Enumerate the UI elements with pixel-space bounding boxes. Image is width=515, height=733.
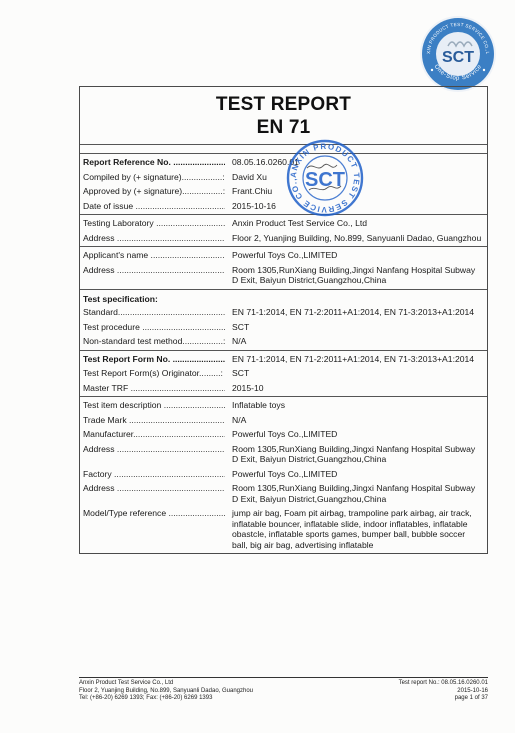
footer-company-info: Anxin Product Test Service Co., LtdFloor… <box>79 680 253 703</box>
field-row: Test procedure .........................… <box>80 320 487 335</box>
field-row: Address ................................… <box>80 481 487 506</box>
report-title-line2: EN 71 <box>80 116 487 139</box>
field-value: Powerful Toys Co.,LIMITED <box>225 429 487 440</box>
field-value: 08.05.16.0260.01 <box>225 157 487 168</box>
field-label: Address ................................… <box>80 265 225 286</box>
footer-line: Floor 2, Yuanjing Building, No.899, Sany… <box>79 688 253 696</box>
section-heading: Test specification: <box>80 291 487 306</box>
field-label: Trade Mark .............................… <box>80 415 225 426</box>
field-value: EN 71-1:2014, EN 71-2:2011+A1:2014, EN 7… <box>225 354 487 365</box>
field-row: Approved by (+ signature)...............… <box>80 184 487 199</box>
footer-line: page 1 of 37 <box>399 695 488 703</box>
field-value: Inflatable toys <box>225 400 487 411</box>
field-label: Applicant's name .......................… <box>80 250 225 261</box>
field-value: N/A <box>225 336 487 347</box>
field-label: Approved by (+ signature)...............… <box>80 186 225 197</box>
field-value: Frant.Chiu <box>225 186 487 197</box>
field-value: Room 1305,RunXiang Building,Jingxi Nanfa… <box>225 444 487 465</box>
field-value: Room 1305,RunXiang Building,Jingxi Nanfa… <box>225 265 487 286</box>
field-label: Test item description ..................… <box>80 400 225 411</box>
footer-line: Anxin Product Test Service Co., Ltd <box>79 680 253 688</box>
field-label: Non-standard test method................… <box>80 336 225 347</box>
report-section: Test Report Form No. ...................… <box>80 351 487 398</box>
field-row: Test item description ..................… <box>80 398 487 413</box>
field-label: Manufacturer............................… <box>80 429 225 440</box>
report-cover-table: TEST REPORT EN 71 Report Reference No. .… <box>79 86 488 554</box>
page-footer: Anxin Product Test Service Co., LtdFloor… <box>79 677 488 703</box>
field-label: Model/Type reference ...................… <box>80 508 225 550</box>
field-row: Factory ................................… <box>80 467 487 482</box>
field-label: Report Reference No. ...................… <box>80 157 225 168</box>
field-row: Address ................................… <box>80 442 487 467</box>
field-row: Applicant's name .......................… <box>80 248 487 263</box>
field-row: Model/Type reference ...................… <box>80 506 487 552</box>
field-value: jump air bag, Foam pit airbag, trampolin… <box>225 508 487 550</box>
report-title: TEST REPORT EN 71 <box>80 87 487 145</box>
footer-line: 2015-10-16 <box>399 688 488 696</box>
report-sections: Report Reference No. ...................… <box>80 154 487 553</box>
field-value: Powerful Toys Co.,LIMITED <box>225 250 487 261</box>
report-section: Test item description ..................… <box>80 397 487 553</box>
spacer-row <box>80 145 487 154</box>
field-label: Address ................................… <box>80 483 225 504</box>
field-label: Date of issue ..........................… <box>80 201 225 212</box>
field-label: Test Report Form No. ...................… <box>80 354 225 365</box>
field-row: Report Reference No. ...................… <box>80 155 487 170</box>
field-row: Address ................................… <box>80 263 487 288</box>
field-label: Standard................................… <box>80 307 225 318</box>
field-label: Testing Laboratory .....................… <box>80 218 225 229</box>
field-label: Test procedure .........................… <box>80 322 225 333</box>
field-value: SCT <box>225 368 487 379</box>
field-value: Powerful Toys Co.,LIMITED <box>225 469 487 480</box>
field-label: Test Report Form(s) Originator.........: <box>80 368 225 379</box>
field-value: EN 71-1:2014, EN 71-2:2011+A1:2014, EN 7… <box>225 307 487 318</box>
field-row: Test Report Form(s) Originator.........:… <box>80 366 487 381</box>
field-row: Testing Laboratory .....................… <box>80 216 487 231</box>
field-value: N/A <box>225 415 487 426</box>
field-label: Address ................................… <box>80 233 225 244</box>
field-value: SCT <box>225 322 487 333</box>
field-label: Address ................................… <box>80 444 225 465</box>
field-row: Manufacturer............................… <box>80 427 487 442</box>
field-row: Compiled by (+ signature)...............… <box>80 170 487 185</box>
field-row: Trade Mark .............................… <box>80 413 487 428</box>
field-label: Master TRF .............................… <box>80 383 225 394</box>
report-title-line1: TEST REPORT <box>80 93 487 116</box>
field-row: Address ................................… <box>80 231 487 246</box>
field-value: Anxin Product Test Service Co., Ltd <box>225 218 487 229</box>
footer-line: Test report No.: 08.05.16.0260.01 <box>399 680 488 688</box>
field-value: Room 1305,RunXiang Building,Jingxi Nanfa… <box>225 483 487 504</box>
report-section: Report Reference No. ...................… <box>80 154 487 215</box>
svg-text:SCT: SCT <box>442 49 474 66</box>
report-section: Applicant's name .......................… <box>80 247 487 290</box>
field-value: David Xu <box>225 172 487 183</box>
field-row: Test Report Form No. ...................… <box>80 352 487 367</box>
field-value: 2015-10 <box>225 383 487 394</box>
footer-line: Tel: (+86-20) 6269 1393; Fax: (+86-20) 6… <box>79 695 253 703</box>
field-row: Non-standard test method................… <box>80 334 487 349</box>
field-value: Floor 2, Yuanjing Building, No.899, Sany… <box>225 233 487 244</box>
sct-company-logo: ANXIN PRODUCT TEST SERVICE CO.,LTD One-S… <box>418 14 498 94</box>
field-row: Date of issue ..........................… <box>80 199 487 214</box>
field-row: Master TRF .............................… <box>80 381 487 396</box>
field-label: Compiled by (+ signature)...............… <box>80 172 225 183</box>
report-section: Test specification:Standard.............… <box>80 290 487 351</box>
report-section: Testing Laboratory .....................… <box>80 215 487 247</box>
footer-report-info: Test report No.: 08.05.16.0260.012015-10… <box>399 680 488 703</box>
field-row: Standard................................… <box>80 305 487 320</box>
field-value: 2015-10-16 <box>225 201 487 212</box>
field-label: Factory ................................… <box>80 469 225 480</box>
